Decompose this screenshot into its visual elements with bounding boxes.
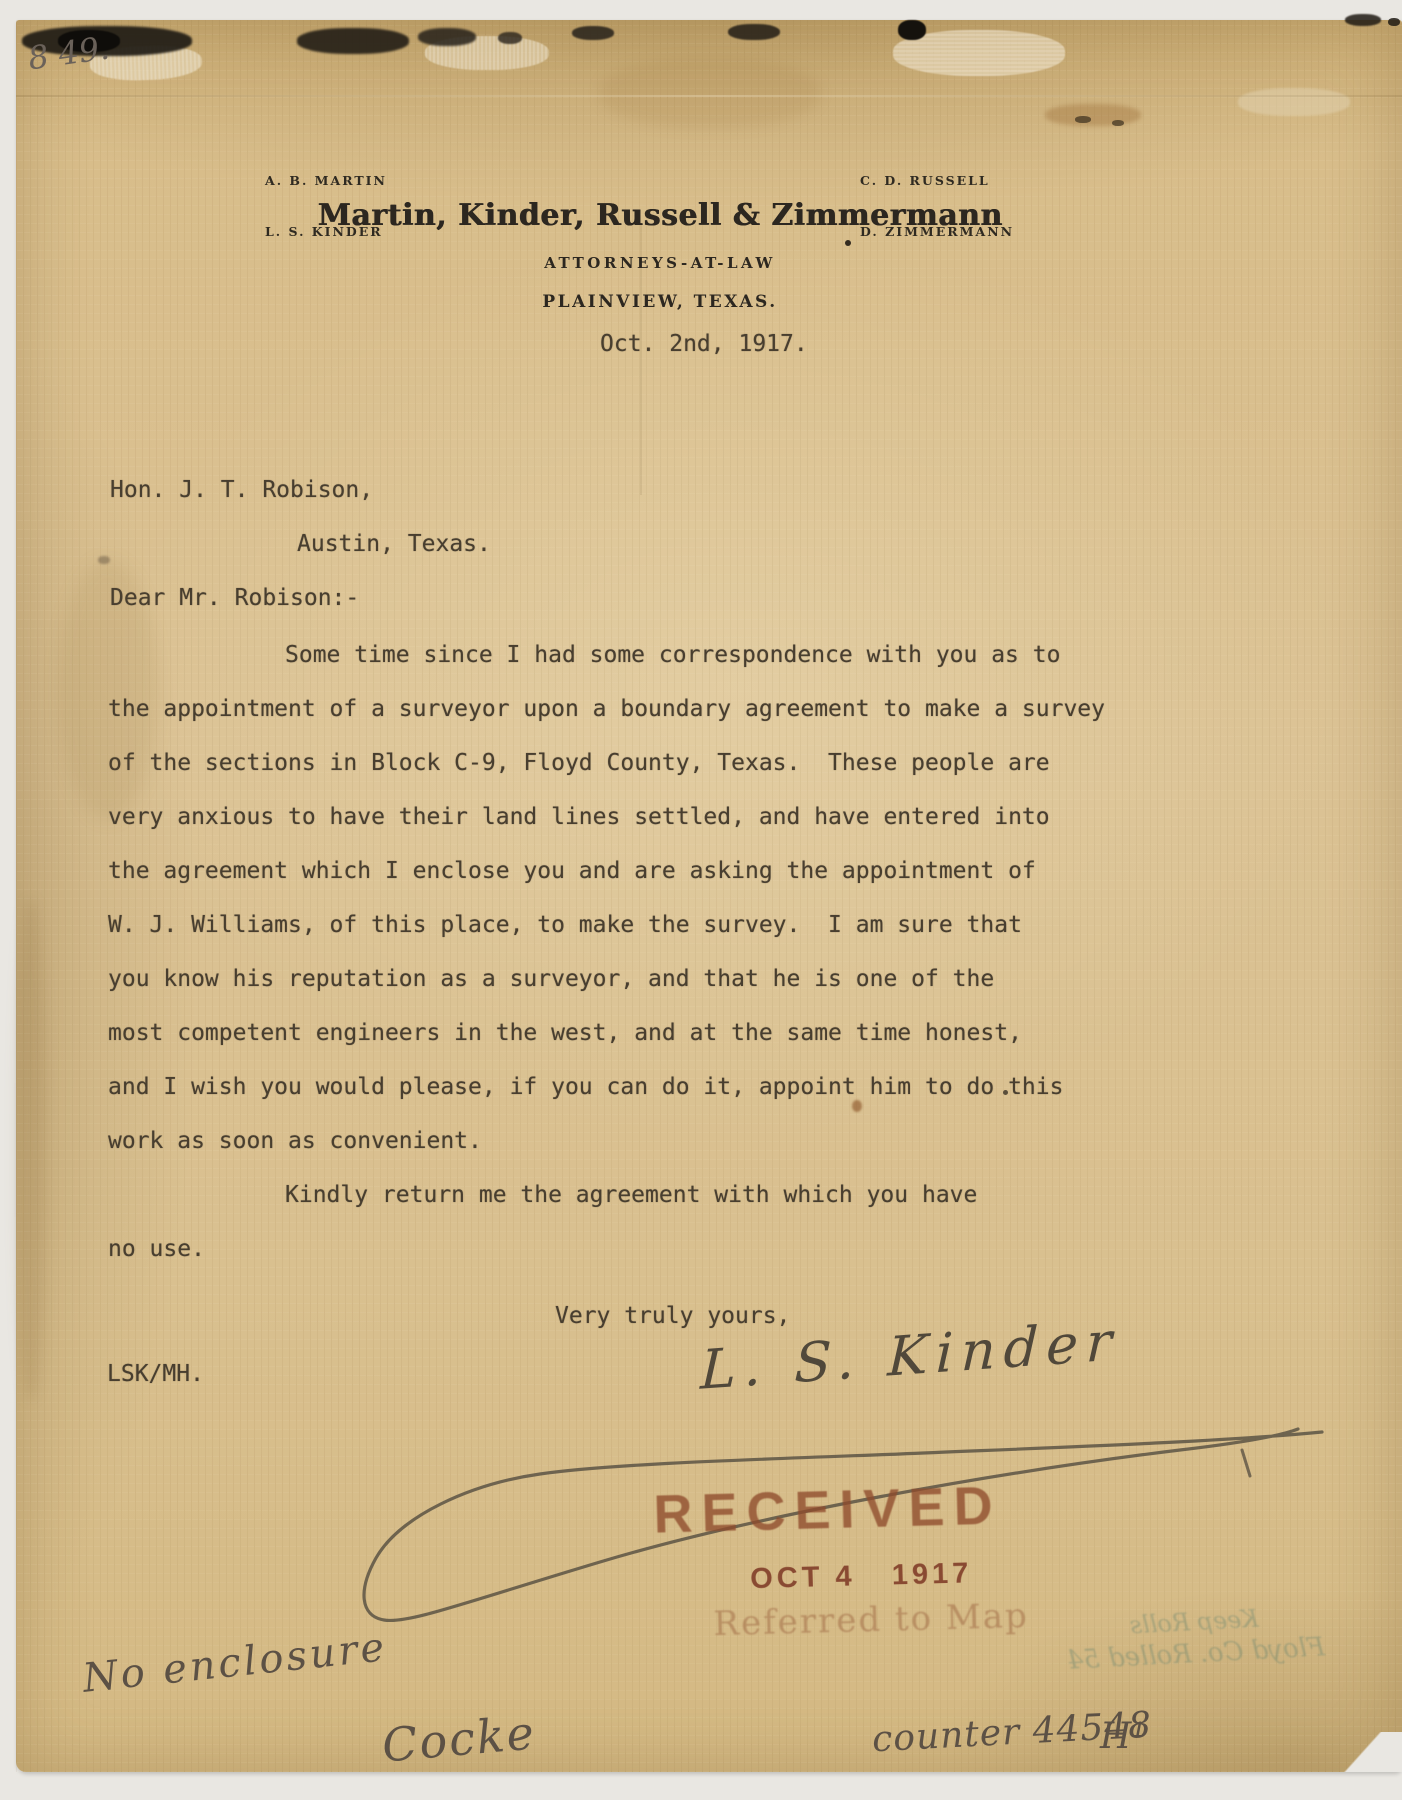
closing-line: Very truly yours, bbox=[555, 1302, 790, 1330]
paper-corner-cut bbox=[1316, 1732, 1402, 1772]
residue-mark bbox=[297, 28, 409, 54]
residue-mark bbox=[1045, 104, 1141, 126]
body-line: no use. bbox=[108, 1235, 205, 1263]
residue-mark bbox=[1388, 18, 1400, 26]
body-line: you know his reputation as a surveyor, a… bbox=[108, 965, 994, 993]
residue-mark bbox=[728, 24, 780, 40]
stamp-received-text: RECEIVED bbox=[653, 1475, 1003, 1546]
body-line: Some time since I had some correspondenc… bbox=[285, 641, 1060, 669]
residue-mark bbox=[1345, 14, 1381, 26]
letterhead-profession: ATTORNEYS-AT-LAW bbox=[0, 254, 1320, 272]
residue-mark bbox=[1075, 116, 1091, 123]
file-mark-note: H¹ bbox=[1100, 1716, 1146, 1757]
residue-mark bbox=[418, 28, 476, 46]
speck bbox=[98, 556, 110, 564]
document-scan: 8 49. A. B. Martin L. S. Kinder C. D. Ru… bbox=[0, 0, 1402, 1800]
residue-mark bbox=[1112, 120, 1124, 126]
body-line: Kindly return me the agreement with whic… bbox=[285, 1181, 977, 1209]
body-line: and I wish you would please, if you can … bbox=[108, 1073, 1063, 1101]
partner-name: A. B. Martin bbox=[265, 172, 387, 189]
body-line: of the sections in Block C-9, Floyd Coun… bbox=[108, 749, 1050, 777]
flourish-tick bbox=[1242, 1450, 1250, 1476]
partner-name: C. D. Russell bbox=[860, 172, 1014, 189]
date-line: Oct. 2nd, 1917. bbox=[600, 330, 808, 358]
residue-mark bbox=[572, 26, 614, 40]
stamp-referred-text: Referred to Map bbox=[713, 1596, 1029, 1644]
crease bbox=[16, 95, 1402, 97]
stain bbox=[16, 900, 46, 1400]
residue-mark bbox=[898, 20, 926, 40]
body-line: the agreement which I enclose you and ar… bbox=[108, 857, 1036, 885]
stain bbox=[600, 58, 820, 128]
body-line: work as soon as convenient. bbox=[108, 1127, 482, 1155]
body-line: most competent engineers in the west, an… bbox=[108, 1019, 1022, 1047]
recipient-city: Austin, Texas. bbox=[297, 530, 491, 558]
residue-mark bbox=[498, 32, 522, 44]
fabric-patch bbox=[1238, 88, 1350, 116]
reference-initials: LSK/MH. bbox=[107, 1360, 204, 1388]
body-line: very anxious to have their land lines se… bbox=[108, 803, 1050, 831]
body-line: W. J. Williams, of this place, to make t… bbox=[108, 911, 1022, 939]
firm-name: Martin, Kinder, Russell & Zimmermann bbox=[0, 198, 1320, 233]
recipient-name: Hon. J. T. Robison, bbox=[110, 476, 373, 504]
letterhead-location: PLAINVIEW, TEXAS. bbox=[0, 292, 1320, 312]
body-line: the appointment of a surveyor upon a bou… bbox=[108, 695, 1105, 723]
speck bbox=[845, 240, 851, 246]
stain bbox=[852, 1100, 862, 1112]
stamp-date-text: OCT 4 1917 bbox=[750, 1557, 973, 1596]
salutation: Dear Mr. Robison:- bbox=[110, 584, 359, 612]
